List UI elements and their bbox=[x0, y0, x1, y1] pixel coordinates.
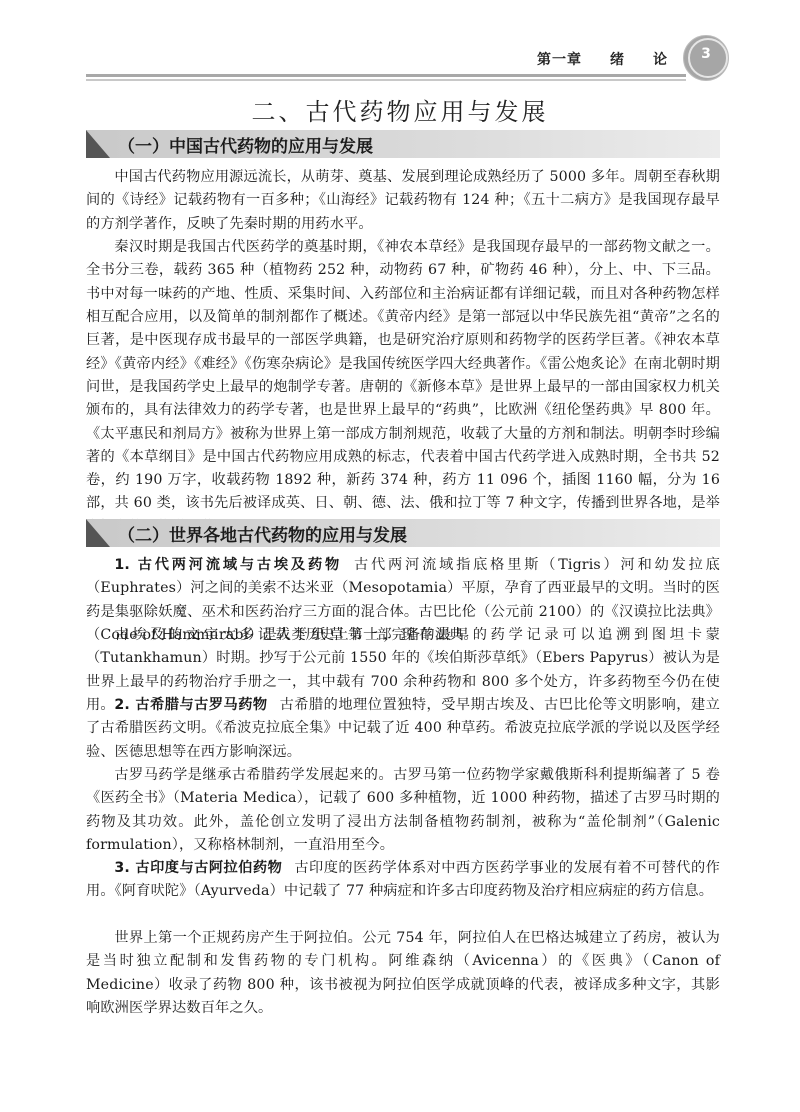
paragraph: 古罗马药学是继承古希腊药学发展起来的。古罗马第一位药物学家戴俄斯科利提斯编著了 … bbox=[86, 764, 720, 857]
subsection-lead: 1. 古代两河流域与古埃及药物 bbox=[114, 557, 342, 573]
header-rule bbox=[86, 74, 686, 77]
page-number-badge: 3 bbox=[683, 35, 729, 81]
section-wedge-icon bbox=[86, 519, 110, 547]
paragraph-text: 世界上第一个正规药房产生于阿拉伯。公元 754 年，阿拉伯人在巴格达城建立了药房… bbox=[86, 930, 720, 1016]
subsection-lead: 3. 古印度与古阿拉伯药物 bbox=[114, 860, 282, 876]
section-heading-1: （一）中国古代药物的应用与发展 bbox=[86, 130, 720, 158]
chapter-number: 第一章 bbox=[537, 52, 582, 68]
section-wedge-icon bbox=[86, 130, 110, 158]
section-heading-label: （一）中国古代药物的应用与发展 bbox=[118, 132, 373, 157]
section-heading-2: （二）世界各地古代药物的应用与发展 bbox=[86, 519, 720, 547]
paragraph: 秦汉时期是我国古代医药学的奠基时期，《神农本草经》是我国现存最早的一部药物文献之… bbox=[86, 236, 720, 539]
subsection-lead: 2. 古希腊与古罗马药物 bbox=[114, 697, 267, 713]
running-header: 第一章绪论 bbox=[86, 40, 726, 80]
paragraph: 中国古代药物应用源远流长，从萌芽、奠基、发展到理论成熟经历了 5000 多年。周… bbox=[86, 166, 720, 236]
section-heading-label: （二）世界各地古代药物的应用与发展 bbox=[118, 521, 407, 546]
chapter-label: 第一章绪论 bbox=[537, 49, 668, 69]
page-number: 3 bbox=[683, 46, 729, 62]
paragraph-text: 中国古代药物应用源远流长，从萌芽、奠基、发展到理论成熟经历了 5000 多年。周… bbox=[86, 169, 720, 232]
header-rule-secondary bbox=[86, 79, 686, 81]
page-title: 二、古代药物应用与发展 bbox=[0, 92, 800, 127]
paragraph: 3. 古印度与古阿拉伯药物古印度的医药学体系对中西方医药学事业的发展有着不可替代… bbox=[86, 857, 720, 904]
paragraph: 2. 古希腊与古罗马药物古希腊的地理位置独特，受早期古埃及、古巴比伦等文明影响，… bbox=[86, 694, 720, 764]
chapter-title-char-1: 绪 bbox=[610, 52, 625, 68]
paragraph-text: 秦汉时期是我国古代医药学的奠基时期，《神农本草经》是我国现存最早的一部药物文献之… bbox=[86, 239, 720, 535]
paragraph: 世界上第一个正规药房产生于阿拉伯。公元 754 年，阿拉伯人在巴格达城建立了药房… bbox=[86, 927, 720, 1020]
chapter-title-char-2: 论 bbox=[653, 52, 668, 68]
paragraph-text: 古罗马药学是继承古希腊药学发展起来的。古罗马第一位药物学家戴俄斯科利提斯编著了 … bbox=[86, 767, 720, 853]
